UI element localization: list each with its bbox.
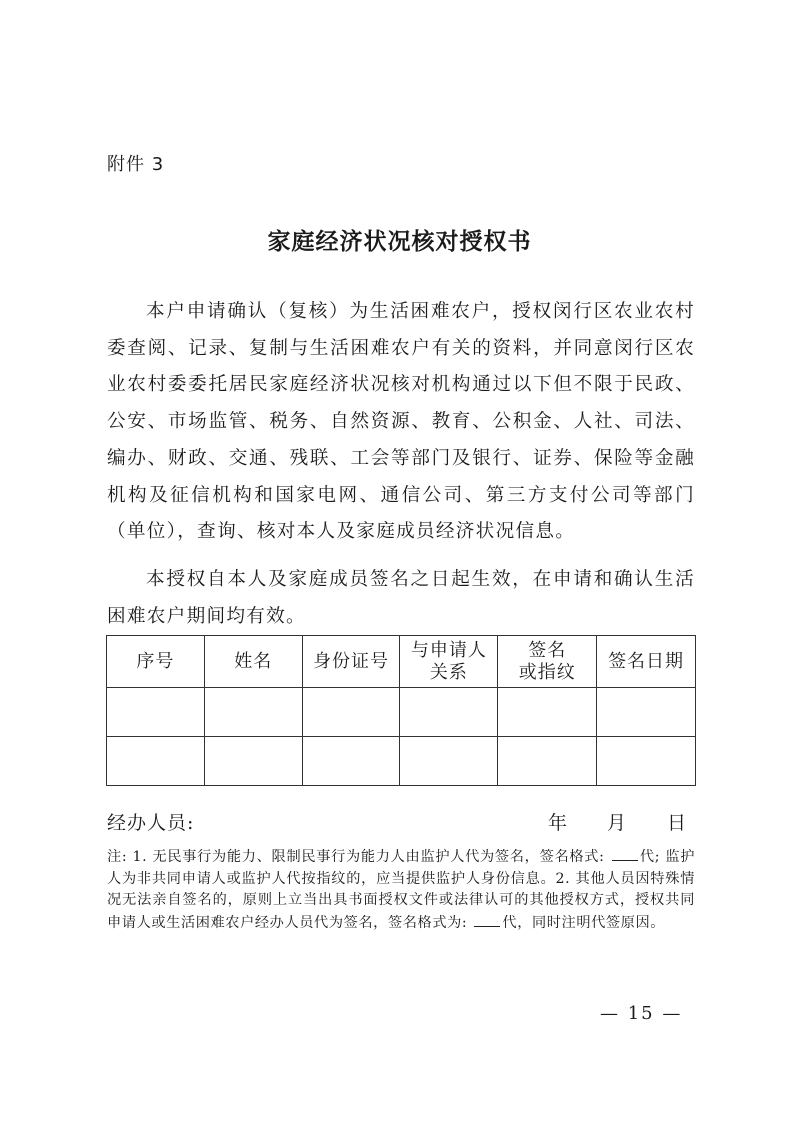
cell-signature[interactable] — [498, 688, 597, 737]
header-signature-or-fingerprint: 签名或指纹 — [498, 636, 597, 688]
cell-id-number[interactable] — [302, 737, 400, 786]
cell-relationship[interactable] — [400, 737, 498, 786]
signature-blank-line — [474, 912, 500, 927]
signature-table: 序号 姓名 身份证号 与申请人关系 签名或指纹 签名日期 — [106, 635, 696, 786]
handler-label: 经办人员: — [107, 808, 194, 835]
signature-blank-line — [612, 846, 638, 861]
cell-signature-date[interactable] — [597, 688, 696, 737]
table-header-row: 序号 姓名 身份证号 与申请人关系 签名或指纹 签名日期 — [107, 636, 696, 688]
header-id-number: 身份证号 — [302, 636, 400, 688]
date-month-label: 月 — [607, 808, 626, 835]
table-row — [107, 737, 696, 786]
date-year-label: 年 — [548, 808, 567, 835]
date-day-label: 日 — [667, 808, 686, 835]
attachment-label: 附件 3 — [107, 150, 164, 176]
page-number: — 15 — — [600, 1003, 682, 1024]
cell-name[interactable] — [204, 737, 302, 786]
notes: 注: 1. 无民事行为能力、限制民事行为能力人由监护人代为签名，签名格式: 代;… — [107, 846, 695, 934]
cell-id-number[interactable] — [302, 688, 400, 737]
cell-name[interactable] — [204, 688, 302, 737]
cell-signature-date[interactable] — [597, 737, 696, 786]
header-name: 姓名 — [204, 636, 302, 688]
cell-signature[interactable] — [498, 737, 597, 786]
cell-serial-number[interactable] — [107, 737, 205, 786]
notes-part-1: 注: 1. 无民事行为能力、限制民事行为能力人由监护人代为签名，签名格式: — [107, 849, 610, 865]
cell-serial-number[interactable] — [107, 688, 205, 737]
paragraph-validity: 本授权自本人及家庭成员签名之日起生效，在申请和确认生活困难农户期间均有效。 — [107, 562, 695, 635]
notes-part-3: 代，同时注明代签原因。 — [502, 915, 665, 931]
document-title: 家庭经济状况核对授权书 — [0, 223, 793, 256]
header-relationship: 与申请人关系 — [400, 636, 498, 688]
cell-relationship[interactable] — [400, 688, 498, 737]
header-serial-number: 序号 — [107, 636, 205, 688]
paragraph-authorization-scope: 本户申请确认（复核）为生活困难农户，授权闵行区农业农村委查阅、记录、复制与生活困… — [107, 294, 695, 551]
header-signature-date: 签名日期 — [597, 636, 696, 688]
table-row — [107, 688, 696, 737]
